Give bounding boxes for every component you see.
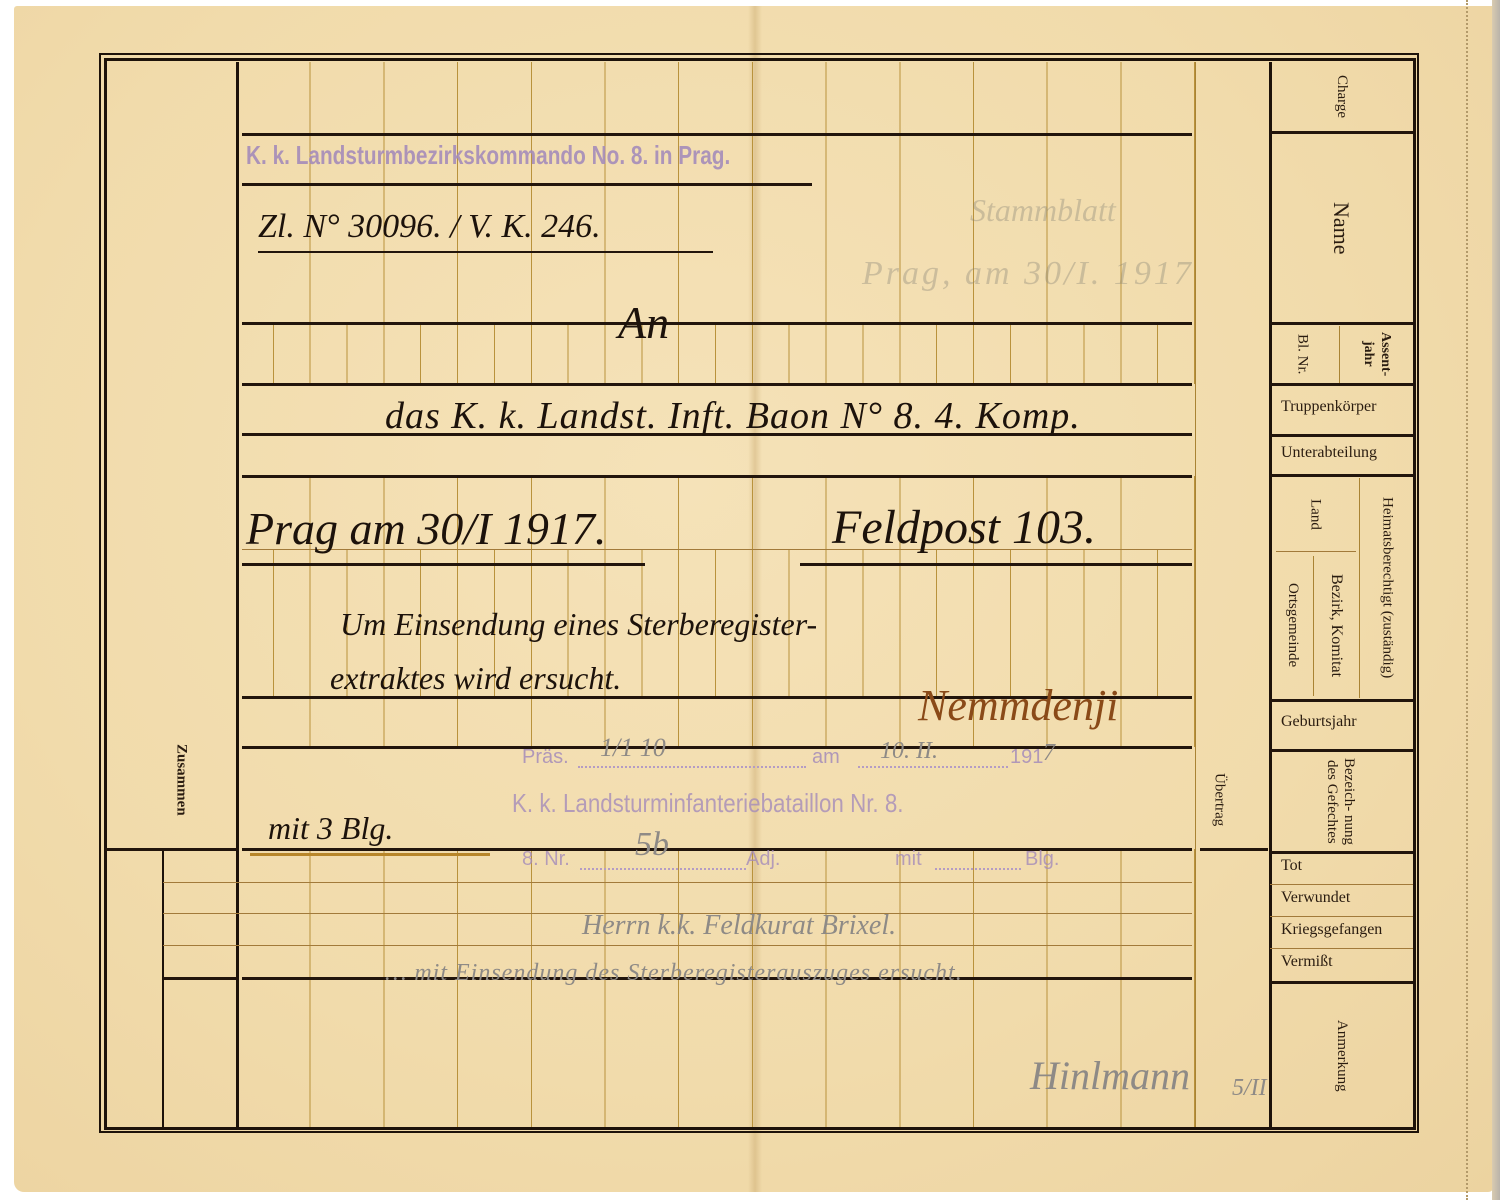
row-line (800, 563, 1192, 566)
label-zusammen: Zusammen (166, 715, 196, 845)
sidebar-divider (1339, 326, 1340, 383)
pencil-date: 5/II (1232, 1075, 1267, 1102)
receipt-praes-label: Präs. (522, 746, 569, 769)
reference-number: Zl. N° 30096. / V. K. 246. (258, 208, 601, 246)
left-panel-divider (162, 849, 164, 1127)
enclosures: mit 3 Blg. (268, 810, 393, 847)
carry-over-divider (1195, 62, 1196, 1127)
label-vermisst: Vermißt (1281, 953, 1333, 971)
label-truppenkoerper: Truppenkörper (1281, 398, 1376, 416)
sidebar-line (1270, 948, 1413, 949)
sidebar-line (1270, 474, 1413, 477)
sidebar-divider (1359, 478, 1360, 698)
sidebar-line (1270, 699, 1413, 702)
sidebar-line (1270, 434, 1413, 437)
label-gefecht: Bezeich- nung des Gefechtes (1300, 752, 1380, 851)
label-heimatsberechtigt: Heimatsberechtigt (zuständig) (1361, 478, 1413, 698)
receipt-am-label: am (812, 746, 840, 769)
place-date: Prag am 30/I 1917. (246, 502, 606, 555)
sidebar-line (1270, 916, 1413, 917)
label-kriegsgefangen: Kriegsgefangen (1281, 921, 1382, 939)
row-line (242, 133, 1192, 136)
label-bezirk-komitat: Bezirk, Komitat (1314, 553, 1359, 698)
sidebar-line (1270, 851, 1413, 854)
receipt-unit: K. k. Landsturminfanteriebataillon Nr. 8… (512, 788, 904, 819)
body-line-1: Um Einsendung eines Sterberegister- (340, 606, 817, 643)
receipt-blg-label: Blg. (1025, 848, 1059, 871)
receipt-nr-label: 8. Nr. (522, 848, 570, 871)
receipt-adj-label: Adj. (746, 848, 780, 871)
label-uebertrag: Übertrag (1206, 745, 1232, 855)
row-line (163, 882, 1192, 883)
row-line (163, 977, 237, 980)
receipt-dotted-line (580, 868, 746, 870)
row-line (242, 183, 812, 186)
enclosures-underline (250, 853, 490, 856)
receipt-praes-value: 1/1 10 (600, 733, 666, 763)
addressee: das K. k. Landst. Inft. Baon N° 8. 4. Ko… (385, 394, 1081, 438)
row-line (242, 475, 1192, 478)
label-charge: Charge (1270, 62, 1413, 132)
main-left-border (236, 62, 239, 1127)
label-unterabteilung: Unterabteilung (1281, 444, 1377, 462)
label-geburtsjahr: Geburtsjahr (1281, 713, 1357, 731)
perforation-line (1466, 0, 1468, 1200)
receipt-mit-label: mit (895, 848, 922, 871)
bleed-through-line-2: Prag, am 30/I. 1917 (862, 255, 1194, 293)
reference-underline (258, 251, 713, 253)
scan-edge (1492, 0, 1500, 1200)
command-stamp: K. k. Landsturmbezirkskommando No. 8. in… (246, 140, 730, 171)
signature: Nemmdenji (918, 680, 1118, 731)
receipt-year-suffix: 7 (1043, 740, 1055, 767)
receipt-dotted-line (578, 766, 806, 768)
sidebar-divider (1276, 551, 1356, 552)
label-tot: Tot (1281, 857, 1302, 875)
sidebar-line (1270, 383, 1413, 386)
pencil-recipient: Herrn k.k. Feldkurat Brixel. (582, 910, 896, 942)
ruled-columns-half (237, 323, 1195, 384)
label-ortsgemeinde: Ortsgemeinde (1272, 553, 1313, 698)
salutation: An (618, 296, 669, 349)
receipt-dotted-line (935, 868, 1021, 870)
pencil-instruction: … mit Einsendung des Sterberegisterauszu… (385, 960, 963, 987)
receipt-year-prefix: 191 (1010, 746, 1043, 769)
field-post: Feldpost 103. (832, 500, 1096, 555)
sidebar-line (1270, 884, 1413, 885)
pencil-signature: Hinlmann (1030, 1052, 1190, 1099)
bleed-through-line-1: Stammblatt (970, 192, 1116, 229)
receipt-dotted-line (858, 766, 1008, 768)
label-assentjahr: Assent- jahr (1341, 325, 1413, 383)
row-line (242, 383, 1192, 386)
label-verwundet: Verwundet (1281, 889, 1350, 907)
label-name: Name (1270, 134, 1413, 322)
receipt-am-value: 10. II. (880, 738, 938, 765)
row-line (242, 563, 645, 566)
receipt-nr-value: 5b (635, 826, 669, 864)
label-bl-nr: Bl. Nr. (1272, 325, 1332, 383)
row-line (242, 322, 1192, 325)
label-anmerkung: Anmerkung (1270, 984, 1413, 1127)
row-line (105, 848, 237, 851)
label-land: Land (1272, 478, 1358, 550)
body-line-2: extraktes wird ersucht. (330, 660, 621, 697)
row-line (163, 945, 1192, 946)
